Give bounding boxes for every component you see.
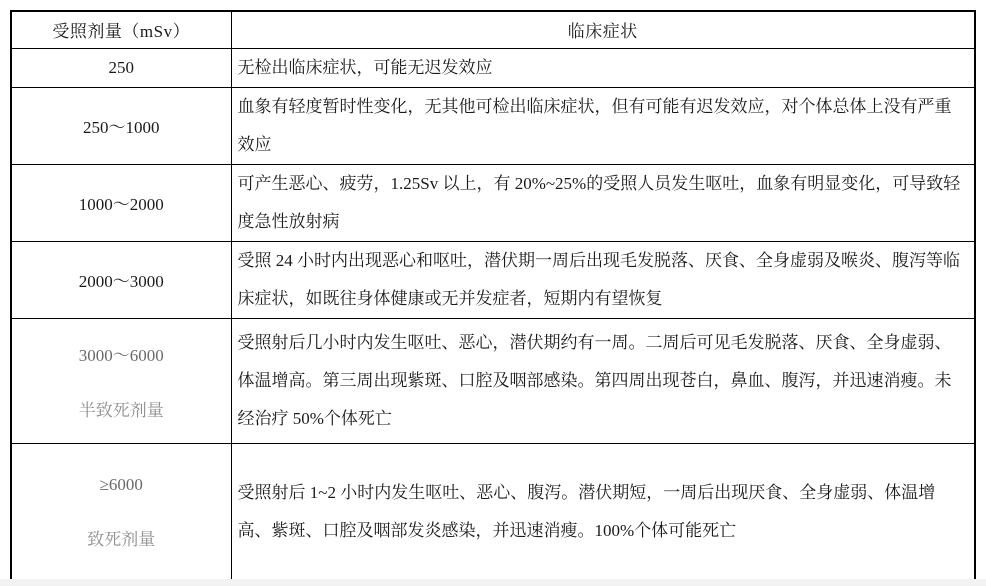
symptoms-cell: 受照 24 小时内出现恶心和呕吐，潜伏期一周后出现毛发脱落、厌食、全身虚弱及喉炎…	[231, 241, 975, 318]
dose-value: 2000～3000	[79, 272, 164, 291]
symptoms-cell: 受照射后几小时内发生呕吐、恶心，潜伏期约有一周。二周后可见毛发脱落、厌食、全身虚…	[231, 318, 975, 443]
symptoms-cell: 无检出临床症状，可能无迟发效应	[231, 48, 975, 87]
dose-cell: 250～1000	[11, 87, 231, 164]
dose-label: 半致死剂量	[79, 396, 164, 421]
table-row: 1000～2000 可产生恶心、疲劳，1.25Sv 以上，有 20%~25%的受…	[11, 164, 975, 241]
dose-cell: 250	[11, 48, 231, 87]
dose-cell: 3000～6000 半致死剂量	[11, 318, 231, 443]
dose-cell: ≥6000 致死剂量	[11, 443, 231, 582]
bottom-strip	[0, 579, 986, 586]
dose-symptom-table-container: 受照剂量（mSv） 临床症状 250 无检出临床症状，可能无迟发效应 250～1…	[10, 10, 976, 583]
table-row: 250～1000 血象有轻度暂时性变化，无其他可检出临床症状，但有可能有迟发效应…	[11, 87, 975, 164]
dose-value: 3000～6000	[79, 341, 164, 366]
dose-label: 致死剂量	[87, 525, 155, 550]
symptoms-cell: 受照射后 1~2 小时内发生呕吐、恶心、腹泻。潜伏期短，一周后出现厌食、全身虚弱…	[231, 443, 975, 582]
dose-value: 250	[109, 58, 135, 77]
table-header-row: 受照剂量（mSv） 临床症状	[11, 11, 975, 48]
dose-value: 1000～2000	[79, 195, 164, 214]
symptoms-cell: 可产生恶心、疲劳，1.25Sv 以上，有 20%~25%的受照人员发生呕吐，血象…	[231, 164, 975, 241]
table-row: ≥6000 致死剂量 受照射后 1~2 小时内发生呕吐、恶心、腹泻。潜伏期短，一…	[11, 443, 975, 582]
document-page: 受照剂量（mSv） 临床症状 250 无检出临床症状，可能无迟发效应 250～1…	[0, 0, 986, 586]
dose-cell: 1000～2000	[11, 164, 231, 241]
dose-cell-content: ≥6000 致死剂量	[16, 475, 227, 550]
dose-cell-content: 3000～6000 半致死剂量	[16, 341, 227, 421]
table-row: 3000～6000 半致死剂量 受照射后几小时内发生呕吐、恶心，潜伏期约有一周。…	[11, 318, 975, 443]
symptoms-cell: 血象有轻度暂时性变化，无其他可检出临床症状，但有可能有迟发效应，对个体总体上没有…	[231, 87, 975, 164]
dose-symptom-table: 受照剂量（mSv） 临床症状 250 无检出临床症状，可能无迟发效应 250～1…	[10, 10, 976, 583]
dose-value: 250～1000	[83, 118, 160, 137]
symptoms-header-cell: 临床症状	[231, 11, 975, 48]
dose-header-cell: 受照剂量（mSv）	[11, 11, 231, 48]
dose-value: ≥6000	[100, 475, 143, 495]
table-row: 250 无检出临床症状，可能无迟发效应	[11, 48, 975, 87]
table-row: 2000～3000 受照 24 小时内出现恶心和呕吐，潜伏期一周后出现毛发脱落、…	[11, 241, 975, 318]
dose-cell: 2000～3000	[11, 241, 231, 318]
